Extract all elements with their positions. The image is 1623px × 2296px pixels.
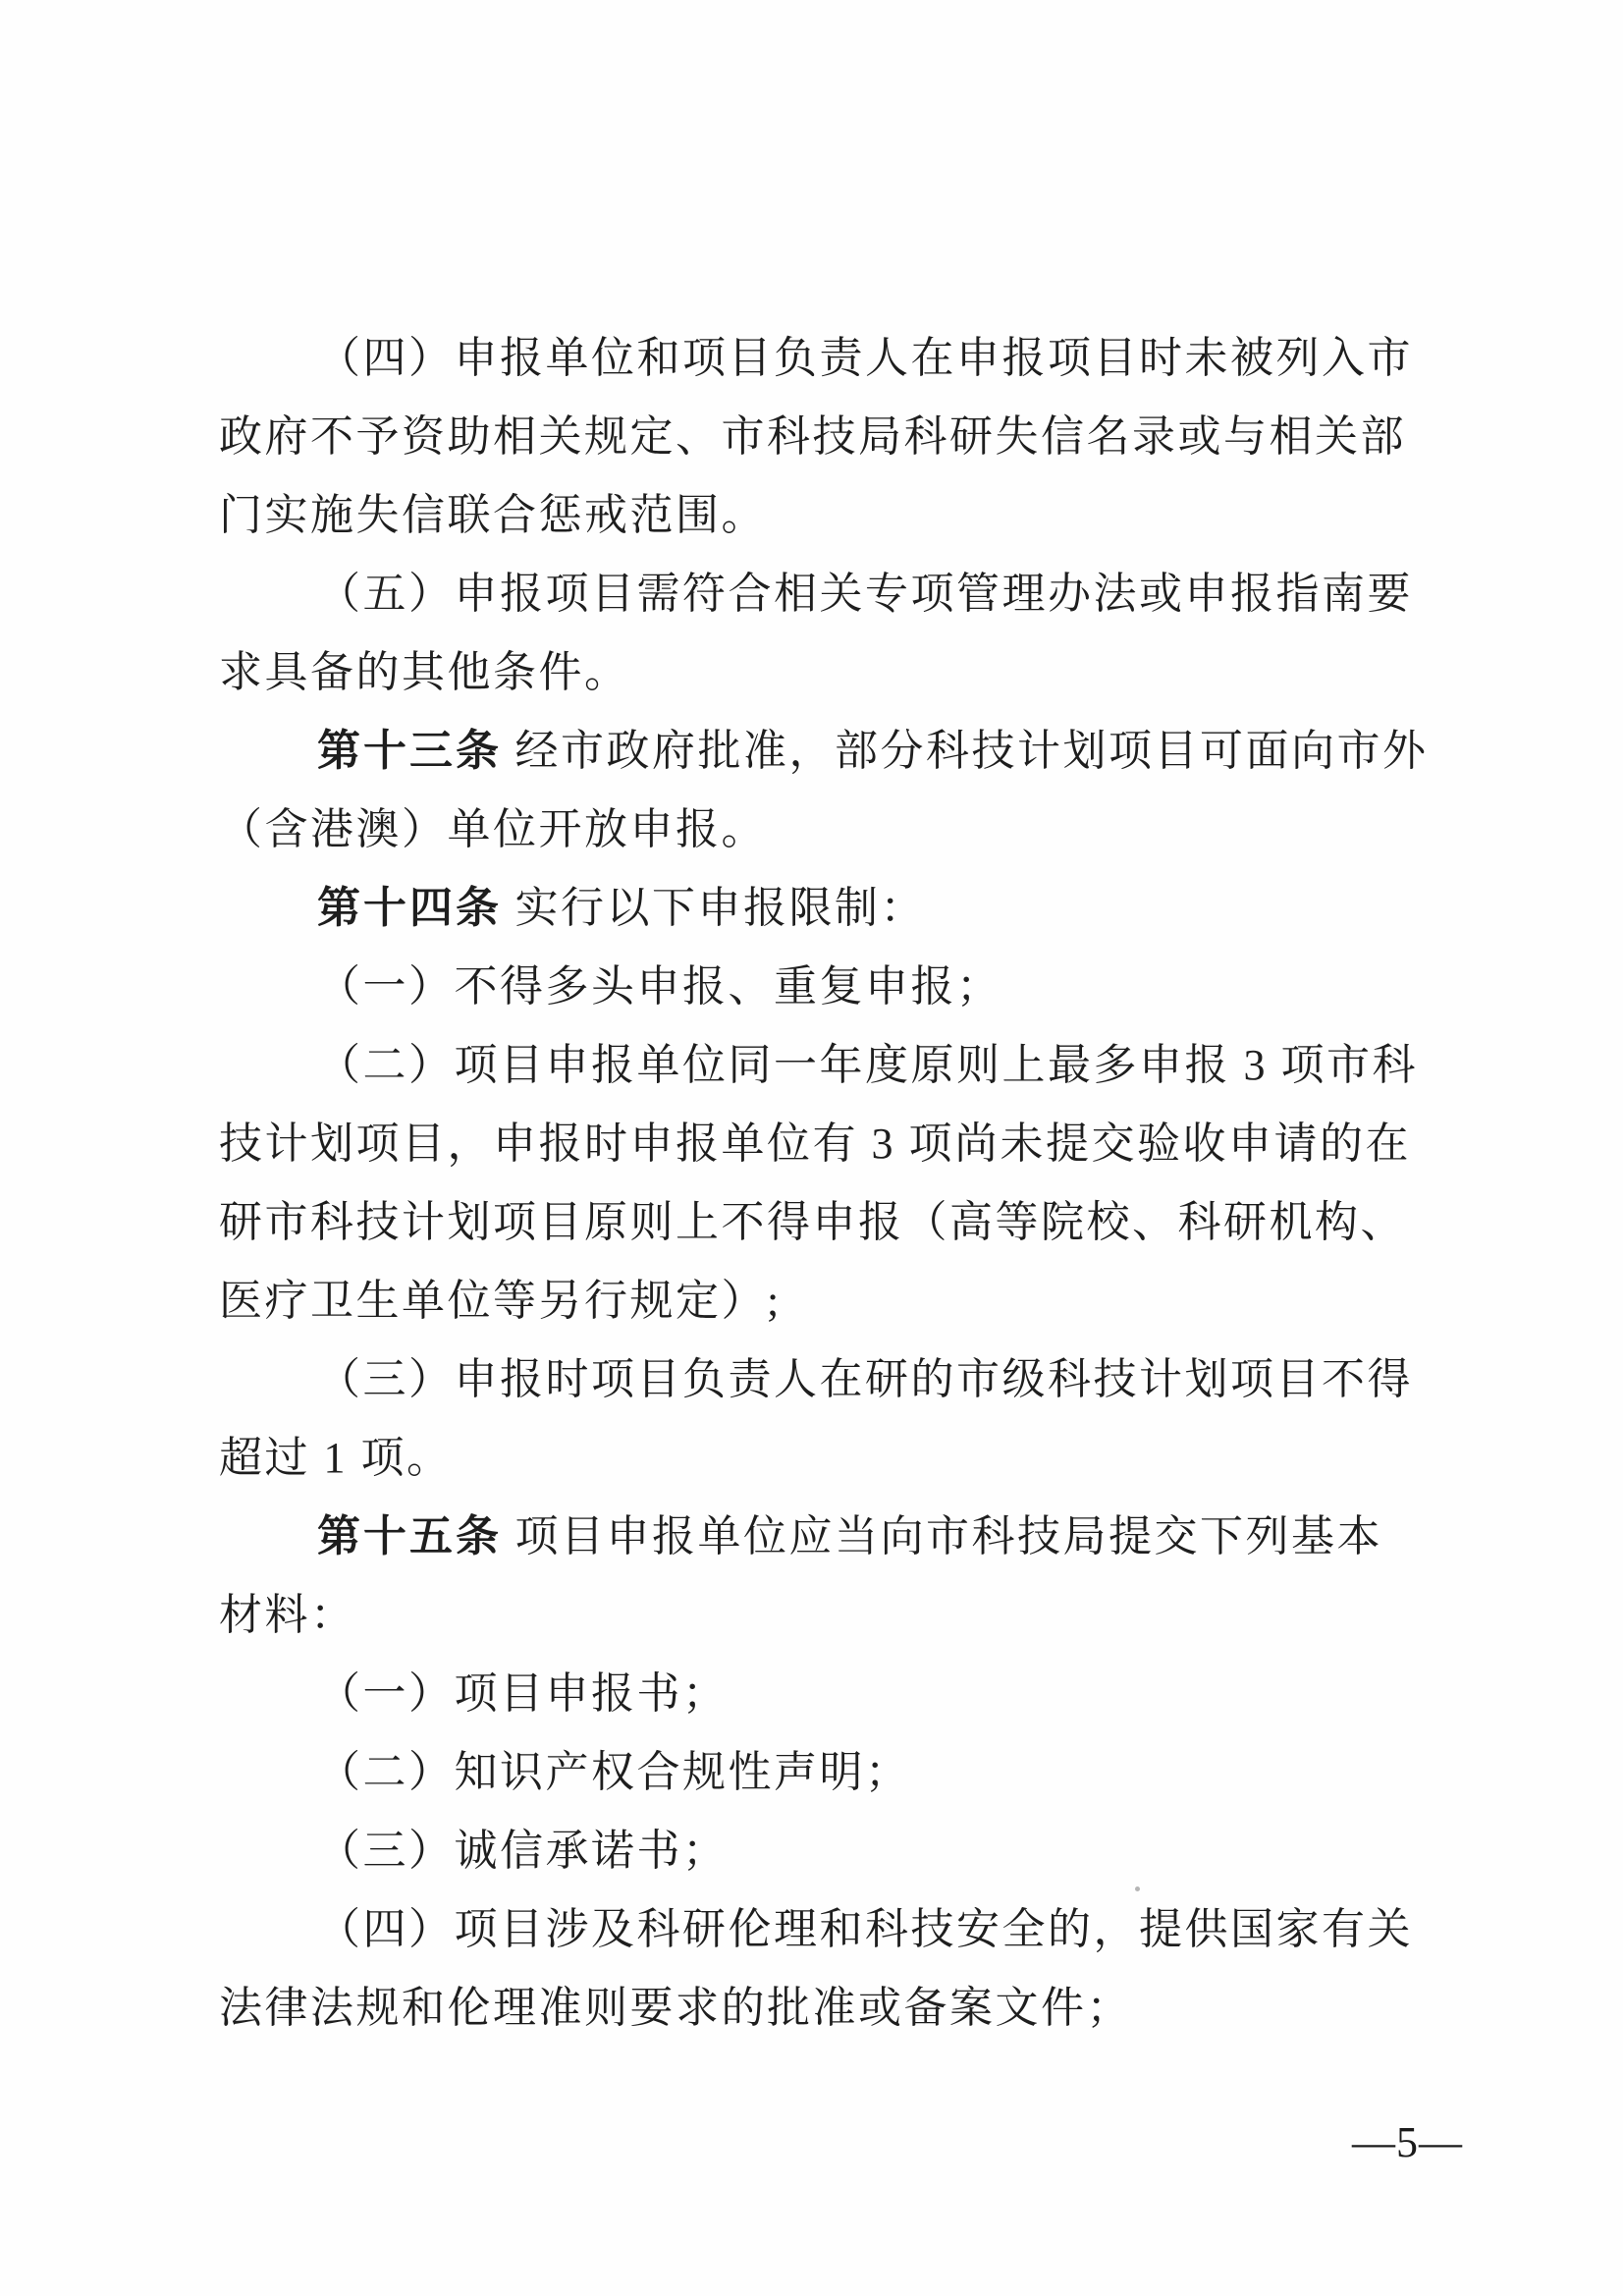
line-text: （三）申报时项目负责人在研的市级科技计划项目不得	[317, 1355, 1413, 1403]
line-text: （二）知识产权合规性声明；	[317, 1748, 911, 1796]
line-text: 门实施失信联合惩戒范围。	[219, 491, 767, 539]
text-line: （一）不得多头申报、重复申报；	[219, 948, 1412, 1026]
line-text: （四）申报单位和项目负责人在申报项目时未被列入市	[317, 334, 1413, 382]
line-text: 医疗卫生单位等另行规定）;	[219, 1277, 782, 1325]
text-line: （三）诚信承诺书；	[219, 1812, 1412, 1890]
text-line: （四）申报单位和项目负责人在申报项目时未被列入市	[219, 319, 1412, 398]
line-text: （一）项目申报书；	[317, 1669, 729, 1718]
line-text: （五）申报项目需符合相关专项管理办法或申报指南要	[317, 570, 1413, 618]
line-text: （二）项目申报单位同一年度原则上最多申报 3 项市科	[317, 1041, 1418, 1089]
text-line: 求具备的其他条件。	[219, 633, 1412, 712]
document-body: （四）申报单位和项目负责人在申报项目时未被列入市 政府不予资助相关规定、市科技局…	[219, 319, 1412, 2048]
text-line: 材料：	[219, 1576, 1412, 1655]
line-text: （三）诚信承诺书；	[317, 1827, 729, 1875]
scan-speck	[1135, 1886, 1140, 1891]
article-number-bold: 第十五条	[317, 1512, 502, 1560]
text-line: 超过 1 项。	[219, 1419, 1412, 1498]
document-page: （四）申报单位和项目负责人在申报项目时未被列入市 政府不予资助相关规定、市科技局…	[0, 0, 1623, 2296]
line-text: 经市政府批准，部分科技计划项目可面向市外	[502, 727, 1429, 775]
text-line: （二）知识产权合规性声明；	[219, 1733, 1412, 1812]
line-text: 超过 1 项。	[219, 1434, 453, 1482]
text-line: （二）项目申报单位同一年度原则上最多申报 3 项市科	[219, 1026, 1412, 1105]
text-line: （四）项目涉及科研伦理和科技安全的，提供国家有关	[219, 1890, 1412, 1969]
text-line: 法律法规和伦理准则要求的批准或备案文件；	[219, 1969, 1412, 2048]
line-text: 技计划项目，申报时申报单位有 3 项尚未提交验收申请的在	[219, 1120, 1411, 1168]
text-line: 研市科技计划项目原则上不得申报（高等院校、科研机构、	[219, 1183, 1412, 1262]
page-number: —5—	[1352, 2113, 1463, 2172]
line-text: 研市科技计划项目原则上不得申报（高等院校、科研机构、	[219, 1198, 1406, 1246]
line-text: 法律法规和伦理准则要求的批准或备案文件；	[219, 1984, 1132, 2032]
line-text: （四）项目涉及科研伦理和科技安全的，提供国家有关	[317, 1905, 1413, 1953]
line-text: （含港澳）单位开放申报。	[219, 805, 767, 853]
text-line: 政府不予资助相关规定、市科技局科研失信名录或与相关部	[219, 398, 1412, 476]
line-text: 政府不予资助相关规定、市科技局科研失信名录或与相关部	[219, 412, 1406, 461]
text-line-article-13: 第十三条 经市政府批准，部分科技计划项目可面向市外	[219, 712, 1412, 791]
text-line-article-14: 第十四条 实行以下申报限制：	[219, 869, 1412, 948]
article-number-bold: 第十四条	[317, 884, 502, 932]
line-text: 项目申报单位应当向市科技局提交下列基本	[502, 1512, 1382, 1560]
text-line: 技计划项目，申报时申报单位有 3 项尚未提交验收申请的在	[219, 1105, 1412, 1183]
text-line: （一）项目申报书；	[219, 1655, 1412, 1733]
article-number-bold: 第十三条	[317, 727, 502, 775]
line-text: 求具备的其他条件。	[219, 648, 630, 696]
text-line: 门实施失信联合惩戒范围。	[219, 476, 1412, 555]
text-line: （含港澳）单位开放申报。	[219, 791, 1412, 869]
text-line: （三）申报时项目负责人在研的市级科技计划项目不得	[219, 1340, 1412, 1419]
line-text: 材料：	[219, 1591, 356, 1639]
line-text: 实行以下申报限制：	[502, 884, 926, 932]
text-line: （五）申报项目需符合相关专项管理办法或申报指南要	[219, 555, 1412, 633]
text-line: 医疗卫生单位等另行规定）;	[219, 1262, 1412, 1340]
text-line-article-15: 第十五条 项目申报单位应当向市科技局提交下列基本	[219, 1498, 1412, 1576]
line-text: （一）不得多头申报、重复申报；	[317, 962, 1002, 1011]
